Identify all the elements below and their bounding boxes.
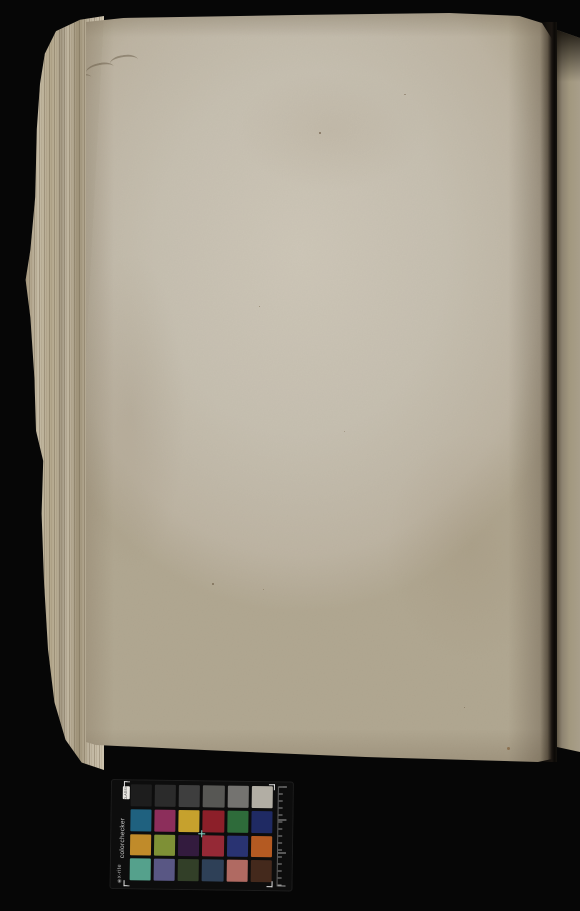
color-patch-r2c2 (154, 809, 175, 831)
xrite-gear-icon: ✳ (117, 879, 122, 885)
gutter-shadow (540, 22, 557, 762)
paper-speck (319, 132, 321, 134)
color-patch-r3c4 (202, 835, 223, 857)
paper-speck (404, 94, 406, 95)
xrite-brand: x-rite ✳ (117, 864, 123, 885)
paper-texture (86, 13, 552, 763)
color-patch-r2c1 (130, 809, 151, 831)
color-patch-r1c1 (131, 784, 152, 806)
color-patch-r1c4 (203, 785, 224, 807)
color-patch-r3c5 (227, 835, 248, 857)
registration-bracket-icon (269, 784, 275, 790)
card-label-strip: CLASSIC colorchecker x-rite ✳ (109, 779, 131, 889)
xrite-brand-label: x-rite (117, 864, 123, 878)
paper-stain (76, 253, 186, 573)
paper-stain (386, 433, 556, 663)
color-patch-r2c4 (203, 810, 224, 832)
registration-bracket-icon (124, 880, 130, 886)
paper-speck (212, 583, 214, 585)
color-patch-r1c2 (155, 785, 176, 807)
registration-bracket-icon (267, 881, 273, 887)
color-patch-r3c3 (178, 834, 199, 856)
paper-stain (236, 71, 426, 191)
color-patch-r3c2 (154, 834, 175, 856)
colorchecker-label: colorchecker (118, 800, 126, 858)
page-corner-curl (109, 53, 139, 70)
color-patch-r4c5 (226, 860, 247, 882)
center-cross-icon (198, 830, 205, 837)
color-patch-r2c5 (227, 810, 248, 832)
color-patch-r4c2 (154, 859, 175, 881)
color-checker-card: CLASSIC colorchecker x-rite ✳ (109, 779, 294, 892)
color-patch-r2c3 (179, 810, 200, 832)
color-patch-r1c3 (179, 785, 200, 807)
book-scan-photo: CLASSIC colorchecker x-rite ✳ (0, 0, 580, 911)
ruler-ticks-icon (277, 786, 288, 886)
photo-backdrop: { "palette": { "backdrop": "#060606", "p… (0, 0, 580, 911)
color-patch-r1c5 (227, 786, 248, 808)
color-patch-r3c1 (130, 834, 151, 856)
classic-badge: CLASSIC (123, 786, 130, 799)
color-patch-r4c1 (130, 859, 151, 881)
blank-verso-page (86, 13, 552, 763)
color-patch-r4c3 (178, 859, 199, 881)
color-patch-r2c6 (251, 811, 272, 833)
registration-bracket-icon (124, 781, 130, 787)
paper-speck (263, 589, 264, 590)
classic-badge-label: CLASSIC (124, 786, 128, 799)
color-patch-r4c6 (250, 860, 271, 882)
paper-speck (344, 431, 345, 432)
color-patch-r4c4 (202, 860, 223, 882)
open-book (0, 0, 580, 911)
facing-page-sliver (557, 30, 580, 752)
paper-speck (464, 707, 465, 708)
paper-speck (259, 306, 260, 307)
card-ruler-strip (271, 781, 294, 891)
color-patch-r3c6 (251, 835, 272, 857)
paper-speck (507, 747, 510, 750)
